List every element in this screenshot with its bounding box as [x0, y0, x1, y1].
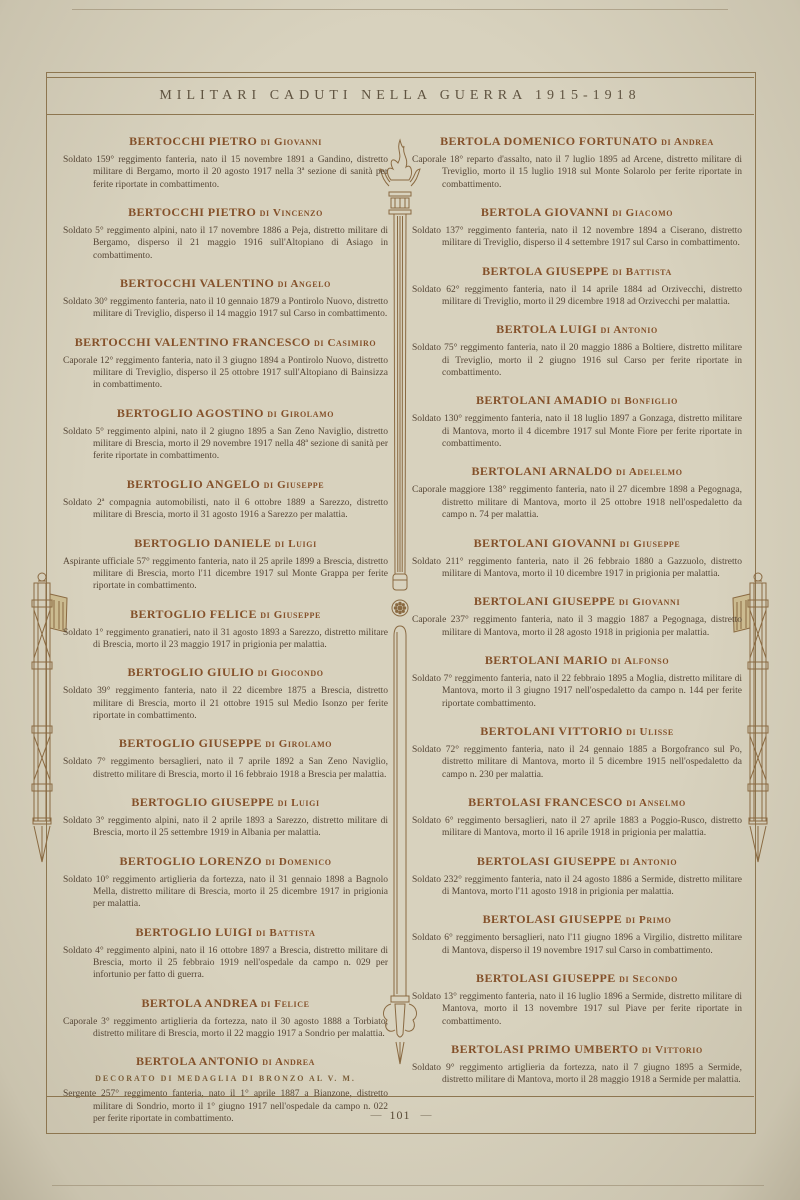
soldier-name-heading: BERTOGLIO FELICE di Giuseppe [63, 607, 388, 622]
soldier-name: BERTOLASI GIUSEPPE [483, 912, 623, 926]
soldier-name: BERTOGLIO GIUSEPPE [131, 795, 274, 809]
soldier-name: BERTOGLIO GIULIO [127, 665, 254, 679]
soldier-name-heading: BERTOGLIO AGOSTINO di Girolamo [63, 406, 388, 421]
entries-area: BERTOCCHI PIETRO di Giovanni Soldato 159… [0, 134, 800, 1094]
soldier-father-name: di Andrea [262, 1056, 315, 1068]
soldier-name: BERTOGLIO GIUSEPPE [119, 736, 262, 750]
soldier-entry: BERTOLA DOMENICO FORTUNATO di Andrea Cap… [412, 134, 742, 191]
soldier-record-text: Soldato 62° reggimento fanteria, nato il… [412, 284, 742, 309]
footer-fleuron-right: — [421, 1109, 430, 1121]
soldier-entry: BERTOLANI MARIO di Alfonso Soldato 7° re… [412, 653, 742, 710]
soldier-father-name: di Casimiro [314, 337, 376, 349]
soldier-record-text: Soldato 9° reggimento artiglieria da for… [412, 1062, 742, 1087]
soldier-name-heading: BERTOCCHI PIETRO di Giovanni [63, 134, 388, 149]
soldier-name: BERTOLANI ARNALDO [471, 464, 612, 478]
soldier-name-heading: BERTOLANI GIUSEPPE di Giovanni [412, 594, 742, 609]
soldier-name-heading: BERTOCCHI PIETRO di Vincenzo [63, 205, 388, 220]
soldier-record-text: Soldato 211° reggimento fanteria, nato i… [412, 556, 742, 581]
soldier-entry: BERTOLASI GIUSEPPE di Primo Soldato 6° r… [412, 912, 742, 957]
soldier-name-heading: BERTOLANI GIOVANNI di Giuseppe [412, 536, 742, 551]
soldier-entry: BERTOLA ANDREA di Felice Caporale 3° reg… [63, 996, 388, 1041]
soldier-record-text: Soldato 5° reggimento alpini, nato il 17… [63, 225, 388, 262]
soldier-name: BERTOGLIO LUIGI [136, 925, 253, 939]
soldier-name: BERTOLA ANTONIO [136, 1054, 259, 1068]
soldier-entry: BERTOCCHI VALENTINO di Angelo Soldato 30… [63, 276, 388, 321]
soldier-father-name: di Girolamo [267, 408, 334, 420]
page-title: MILITARI CADUTI NELLA GUERRA 1915-1918 [159, 88, 640, 104]
soldier-entry: BERTOGLIO GIUSEPPE di Girolamo Soldato 7… [63, 736, 388, 781]
soldier-father-name: di Giuseppe [260, 609, 321, 621]
soldier-entry: BERTOLASI GIUSEPPE di Antonio Soldato 23… [412, 854, 742, 899]
soldier-name-heading: BERTOGLIO GIUSEPPE di Girolamo [63, 736, 388, 751]
soldier-name: BERTOLASI GIUSEPPE [476, 971, 616, 985]
soldier-father-name: di Giovanni [619, 596, 680, 608]
soldier-record-text: Soldato 232° reggimento fanteria, nato i… [412, 874, 742, 899]
soldier-entry: BERTOGLIO ANGELO di Giuseppe Soldato 2ª … [63, 477, 388, 522]
soldier-name: BERTOCCHI PIETRO [128, 205, 256, 219]
soldier-father-name: di Alfonso [611, 655, 669, 667]
page-number: 101 [390, 1108, 411, 1123]
soldier-name-heading: BERTOLA GIOVANNI di Giacomo [412, 205, 742, 220]
soldier-name-heading: BERTOLA ANDREA di Felice [63, 996, 388, 1011]
soldier-entry: BERTOLANI GIUSEPPE di Giovanni Caporale … [412, 594, 742, 639]
soldier-father-name: di Felice [261, 998, 310, 1010]
soldier-entry: BERTOLANI VITTORIO di Ulisse Soldato 72°… [412, 724, 742, 781]
soldier-name: BERTOGLIO DANIELE [134, 536, 271, 550]
soldier-name: BERTOLA DOMENICO FORTUNATO [440, 134, 658, 148]
soldier-name: BERTOLA GIOVANNI [481, 205, 609, 219]
soldier-father-name: di Antonio [601, 324, 658, 336]
soldier-record-text: Soldato 13° reggimento fanteria, nato il… [412, 991, 742, 1028]
soldier-record-text: Caporale 18° reparto d'assalto, nato il … [412, 154, 742, 191]
soldier-entry: BERTOLANI ARNALDO di Adelelmo Caporale m… [412, 464, 742, 521]
soldier-entry: BERTOLA GIOVANNI di Giacomo Soldato 137°… [412, 205, 742, 250]
soldier-name: BERTOCCHI VALENTINO [120, 276, 274, 290]
soldier-record-text: Soldato 7° reggimento bersaglieri, nato … [63, 756, 388, 781]
soldier-entry: BERTOCCHI PIETRO di Giovanni Soldato 159… [63, 134, 388, 191]
soldier-name-heading: BERTOLASI PRIMO UMBERTO di Vittorio [412, 1042, 742, 1057]
soldier-father-name: di Giuseppe [620, 538, 681, 550]
soldier-record-text: Soldato 137° reggimento fanteria, nato i… [412, 225, 742, 250]
soldier-father-name: di Anselmo [626, 797, 686, 809]
soldier-entry: BERTOLASI FRANCESCO di Anselmo Soldato 6… [412, 795, 742, 840]
soldier-name-heading: BERTOLASI GIUSEPPE di Secondo [412, 971, 742, 986]
soldier-record-text: Aspirante ufficiale 57° reggimento fante… [63, 556, 388, 593]
soldier-name: BERTOGLIO AGOSTINO [117, 406, 264, 420]
soldier-record-text: Soldato 130° reggimento fanteria, nato i… [412, 413, 742, 450]
soldier-entry: BERTOGLIO LORENZO di Domenico Soldato 10… [63, 854, 388, 911]
soldier-entry: BERTOCCHI VALENTINO FRANCESCO di Casimir… [63, 335, 388, 392]
soldier-father-name: di Andrea [661, 136, 714, 148]
soldier-name: BERTOLASI PRIMO UMBERTO [451, 1042, 638, 1056]
soldier-name-heading: BERTOLASI GIUSEPPE di Antonio [412, 854, 742, 869]
soldier-entry: BERTOGLIO LUIGI di Battista Soldato 4° r… [63, 925, 388, 982]
soldier-name-heading: BERTOLANI AMADIO di Bonfiglio [412, 393, 742, 408]
soldier-entry: BERTOLASI GIUSEPPE di Secondo Soldato 13… [412, 971, 742, 1028]
soldier-father-name: di Angelo [278, 278, 331, 290]
soldier-name-heading: BERTOLA ANTONIO di Andrea [63, 1054, 388, 1069]
scan-edge-top [72, 9, 728, 10]
soldier-name: BERTOCCHI PIETRO [129, 134, 257, 148]
soldier-name-heading: BERTOLASI FRANCESCO di Anselmo [412, 795, 742, 810]
soldier-name-heading: BERTOGLIO LUIGI di Battista [63, 925, 388, 940]
soldier-father-name: di Battista [612, 266, 672, 278]
soldier-father-name: di Bonfiglio [611, 395, 678, 407]
soldier-name-heading: BERTOGLIO ANGELO di Giuseppe [63, 477, 388, 492]
page-header: MILITARI CADUTI NELLA GUERRA 1915-1918 [46, 77, 754, 115]
soldier-name: BERTOGLIO LORENZO [119, 854, 262, 868]
soldier-father-name: di Vincenzo [260, 207, 323, 219]
soldier-name: BERTOLA LUIGI [496, 322, 597, 336]
soldier-name: BERTOLANI AMADIO [476, 393, 607, 407]
soldier-name: BERTOGLIO ANGELO [127, 477, 260, 491]
soldier-record-text: Soldato 5° reggimento alpini, nato il 2 … [63, 426, 388, 463]
soldier-record-text: Soldato 1° reggimento granatieri, nato i… [63, 627, 388, 652]
soldier-record-text: Caporale maggiore 138° reggimento fanter… [412, 484, 742, 521]
soldier-entry: BERTOCCHI PIETRO di Vincenzo Soldato 5° … [63, 205, 388, 262]
soldier-entry: BERTOLANI AMADIO di Bonfiglio Soldato 13… [412, 393, 742, 450]
soldier-record-text: Caporale 3° reggimento artiglieria da fo… [63, 1016, 388, 1041]
soldier-name-heading: BERTOLANI MARIO di Alfonso [412, 653, 742, 668]
soldier-entry: BERTOLA LUIGI di Antonio Soldato 75° reg… [412, 322, 742, 379]
soldier-name-heading: BERTOGLIO GIULIO di Giocondo [63, 665, 388, 680]
soldier-record-text: Soldato 6° reggimento bersaglieri, nato … [412, 815, 742, 840]
soldier-record-text: Soldato 39° reggimento fanteria, nato il… [63, 685, 388, 722]
soldier-name: BERTOCCHI VALENTINO FRANCESCO [75, 335, 311, 349]
soldier-father-name: di Domenico [265, 856, 331, 868]
soldier-father-name: di Giovanni [261, 136, 322, 148]
soldier-name-heading: BERTOLANI ARNALDO di Adelelmo [412, 464, 742, 479]
soldier-record-text: Soldato 30° reggimento fanteria, nato il… [63, 296, 388, 321]
soldier-name-heading: BERTOLA GIUSEPPE di Battista [412, 264, 742, 279]
soldier-father-name: di Giuseppe [264, 479, 325, 491]
soldier-record-text: Soldato 4° reggimento alpini, nato il 16… [63, 945, 388, 982]
soldier-name: BERTOLANI GIUSEPPE [474, 594, 616, 608]
soldier-record-text: Soldato 7° reggimento fanteria, nato il … [412, 673, 742, 710]
soldier-name: BERTOLA GIUSEPPE [482, 264, 609, 278]
soldier-father-name: di Adelelmo [616, 466, 682, 478]
column-left: BERTOCCHI PIETRO di Giovanni Soldato 159… [63, 134, 388, 1139]
soldier-name: BERTOLASI GIUSEPPE [477, 854, 617, 868]
soldier-father-name: di Antonio [620, 856, 677, 868]
footer-fleuron-left: — [371, 1109, 380, 1121]
soldier-entry: BERTOLANI GIOVANNI di Giuseppe Soldato 2… [412, 536, 742, 581]
column-right: BERTOLA DOMENICO FORTUNATO di Andrea Cap… [412, 134, 742, 1101]
soldier-name-heading: BERTOGLIO GIUSEPPE di Luigi [63, 795, 388, 810]
soldier-entry: BERTOGLIO AGOSTINO di Girolamo Soldato 5… [63, 406, 388, 463]
soldier-father-name: di Luigi [278, 797, 320, 809]
soldier-name-heading: BERTOCCHI VALENTINO di Angelo [63, 276, 388, 291]
soldier-father-name: di Luigi [275, 538, 317, 550]
soldier-entry: BERTOGLIO DANIELE di Luigi Aspirante uff… [63, 536, 388, 593]
soldier-name: BERTOLANI VITTORIO [480, 724, 623, 738]
soldier-name-heading: BERTOLASI GIUSEPPE di Primo [412, 912, 742, 927]
soldier-father-name: di Battista [256, 927, 316, 939]
soldier-record-text: Soldato 72° reggimento fanteria, nato il… [412, 744, 742, 781]
soldier-record-text: Soldato 6° reggimento bersaglieri, nato … [412, 932, 742, 957]
soldier-entry: BERTOLASI PRIMO UMBERTO di Vittorio Sold… [412, 1042, 742, 1087]
soldier-name-heading: BERTOLANI VITTORIO di Ulisse [412, 724, 742, 739]
soldier-father-name: di Girolamo [265, 738, 332, 750]
soldier-name: BERTOLASI FRANCESCO [468, 795, 623, 809]
soldier-name: BERTOGLIO FELICE [130, 607, 257, 621]
soldier-name-heading: BERTOGLIO DANIELE di Luigi [63, 536, 388, 551]
soldier-name: BERTOLA ANDREA [141, 996, 257, 1010]
scan-edge-bottom [52, 1185, 764, 1186]
soldier-record-text: Soldato 159° reggimento fanteria, nato i… [63, 154, 388, 191]
soldier-father-name: di Giocondo [258, 667, 324, 679]
soldier-record-text: Soldato 10° reggimento artiglieria da fo… [63, 874, 388, 911]
soldier-entry: BERTOGLIO FELICE di Giuseppe Soldato 1° … [63, 607, 388, 652]
soldier-name: BERTOLANI GIOVANNI [474, 536, 617, 550]
soldier-record-text: Soldato 75° reggimento fanteria, nato il… [412, 342, 742, 379]
soldier-name-heading: BERTOLA LUIGI di Antonio [412, 322, 742, 337]
soldier-father-name: di Giacomo [612, 207, 673, 219]
soldier-father-name: di Vittorio [642, 1044, 703, 1056]
soldier-record-text: Caporale 237° reggimento fanteria, nato … [412, 614, 742, 639]
soldier-record-text: Soldato 2ª compagnia automobilisti, nato… [63, 497, 388, 522]
soldier-entry: BERTOGLIO GIULIO di Giocondo Soldato 39°… [63, 665, 388, 722]
soldier-father-name: di Primo [626, 914, 672, 926]
soldier-father-name: di Ulisse [626, 726, 674, 738]
soldier-father-name: di Secondo [619, 973, 678, 985]
soldier-record-text: Soldato 3° reggimento alpini, nato il 2 … [63, 815, 388, 840]
soldier-entry: BERTOLA GIUSEPPE di Battista Soldato 62°… [412, 264, 742, 309]
soldier-name-heading: BERTOCCHI VALENTINO FRANCESCO di Casimir… [63, 335, 388, 350]
soldier-entry: BERTOGLIO GIUSEPPE di Luigi Soldato 3° r… [63, 795, 388, 840]
medal-decoration-line: DECORATO DI MEDAGLIA DI BRONZO AL V. M. [63, 1074, 388, 1083]
soldier-record-text: Caporale 12° reggimento fanteria, nato i… [63, 355, 388, 392]
soldier-name-heading: BERTOLA DOMENICO FORTUNATO di Andrea [412, 134, 742, 149]
soldier-name: BERTOLANI MARIO [485, 653, 608, 667]
page-footer: — 101 — [46, 1096, 754, 1133]
soldier-name-heading: BERTOGLIO LORENZO di Domenico [63, 854, 388, 869]
